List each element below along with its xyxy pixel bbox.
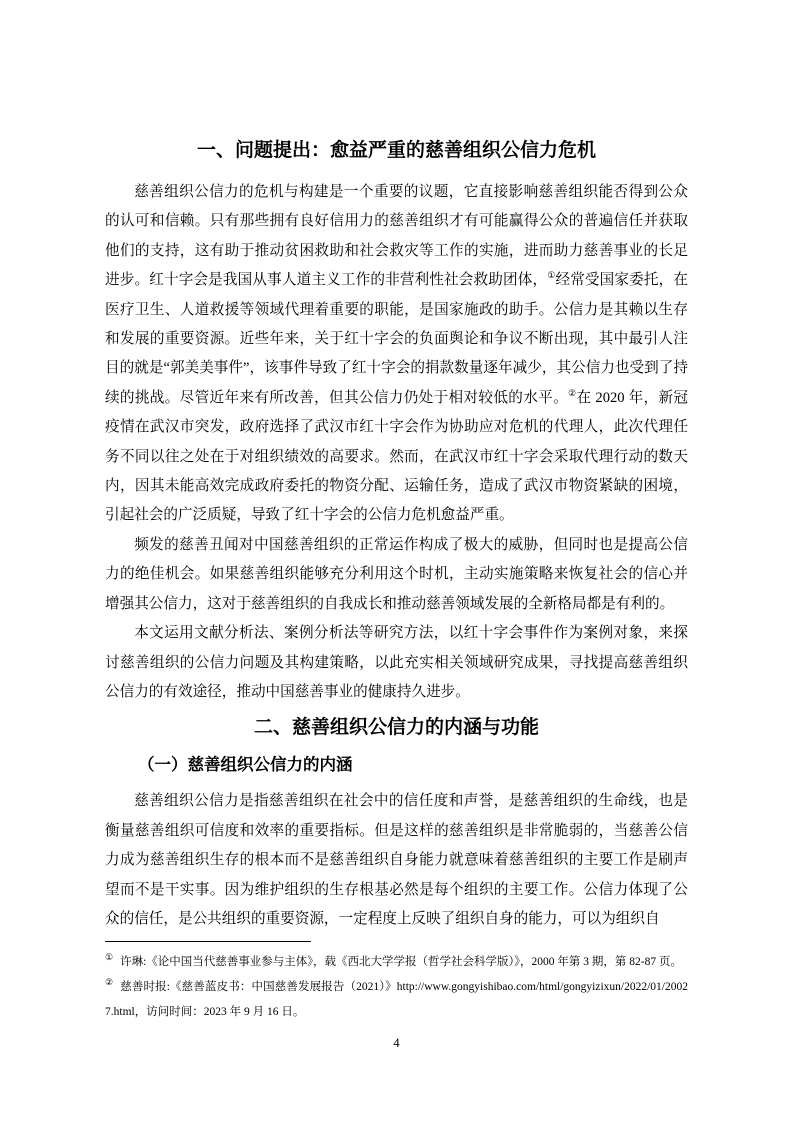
paragraph-4: 慈善组织公信力是指慈善组织在社会中的信任度和声誉，是慈善组织的生命线，也是衡量慈…	[105, 787, 688, 934]
paragraph-3: 本文运用文献分析法、案例分析法等研究方法，以红十字会事件作为案例对象，来探讨慈善…	[105, 619, 688, 707]
paragraph-1-text-c: 在 2020 年，新冠疫情在武汉市突发，政府选择了武汉市红十字会作为协助应对危机…	[105, 390, 688, 524]
footnote-1: ①许琳:《论中国当代慈善事业参与主体》，载《西北大学学报（哲学社会科学版）》，2…	[105, 950, 688, 975]
footnote-2-text: 慈善时报:《慈善蓝皮书：中国慈善发展报告（2021）》http://www.go…	[105, 981, 688, 1018]
footnote-separator	[105, 941, 311, 942]
paragraph-2: 频发的慈善丑闻对中国慈善组织的正常运作构成了极大的威胁，但同时也是提高公信力的绝…	[105, 531, 688, 619]
paragraph-1-text-b: 经常受国家委托，在医疗卫生、人道救援等领域代理着重要的职能，是国家施政的助手。公…	[105, 272, 688, 406]
section-heading-1: 一、问题提出：愈益严重的慈善组织公信力危机	[105, 137, 688, 164]
document-page: 一、问题提出：愈益严重的慈善组织公信力危机 慈善组织公信力的危机与构建是一个重要…	[0, 0, 793, 1122]
footnote-2: ②慈善时报:《慈善蓝皮书：中国慈善发展报告（2021）》http://www.g…	[105, 975, 688, 1025]
page-number: 4	[0, 1036, 793, 1051]
footnotes-area: ①许琳:《论中国当代慈善事业参与主体》，载《西北大学学报（哲学社会科学版）》，2…	[105, 941, 688, 1025]
subsection-heading-1: （一）慈善组织公信力的内涵	[105, 753, 688, 778]
footnote-1-text: 许琳:《论中国当代慈善事业参与主体》，载《西北大学学报（哲学社会科学版）》，20…	[120, 956, 682, 968]
footnote-2-marker: ②	[105, 977, 113, 987]
paragraph-1: 慈善组织公信力的危机与构建是一个重要的议题，它直接影响慈善组织能否得到公众的认可…	[105, 178, 688, 531]
section-heading-2: 二、慈善组织公信力的内涵与功能	[105, 714, 688, 741]
footnote-1-marker: ①	[105, 952, 113, 962]
